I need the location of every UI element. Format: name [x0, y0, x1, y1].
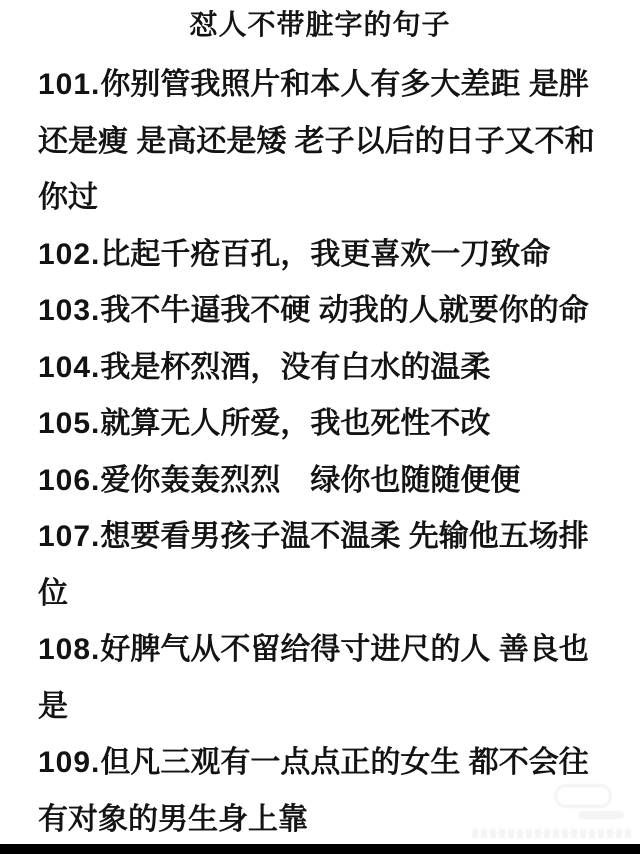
sentence-number: 106.: [38, 464, 100, 497]
sentence-text: 我不牛逼我不硬 动我的人就要你的命: [100, 294, 588, 327]
sentence-text: 但凡三观有一点点正的女生 都不会往有对象的男生身上靠: [38, 746, 589, 836]
sentence-text: 好脾气从不留给得寸进尺的人 善良也是: [38, 633, 589, 723]
sentence-list: 101.你别管我照片和本人有多大差距 是胖还是瘦 是高还是矮 老子以后的日子又不…: [38, 57, 603, 848]
sentence-number: 109.: [38, 746, 100, 779]
sentence-item: 106.爱你轰轰烈烈 绿你也随随便便: [38, 453, 603, 510]
sentence-item: 107.想要看男孩子温不温柔 先输他五场排位: [38, 509, 603, 622]
sentence-text: 你别管我照片和本人有多大差距 是胖还是瘦 是高还是矮 老子以后的日子又不和你过: [38, 68, 595, 214]
sentence-item: 104.我是杯烈酒，没有白水的温柔: [38, 340, 603, 397]
sentence-item: 102.比起千疮百孔，我更喜欢一刀致命: [38, 227, 603, 284]
sentence-text: 就算无人所爱，我也死性不改: [100, 407, 490, 440]
sentence-text: 爱你轰轰烈烈 绿你也随随便便: [100, 464, 520, 497]
sentence-number: 104.: [38, 351, 100, 384]
sentence-number: 101.: [38, 68, 100, 101]
sentence-text: 想要看男孩子温不温柔 先输他五场排位: [38, 520, 589, 610]
sentence-text: 我是杯烈酒，没有白水的温柔: [100, 351, 490, 384]
sentence-item: 101.你别管我照片和本人有多大差距 是胖还是瘦 是高还是矮 老子以后的日子又不…: [38, 57, 603, 227]
sentence-item: 108.好脾气从不留给得寸进尺的人 善良也是: [38, 622, 603, 735]
sentence-number: 103.: [38, 294, 100, 327]
text-image-page: 怼人不带脏字的句子 101.你别管我照片和本人有多大差距 是胖还是瘦 是高还是矮…: [0, 0, 640, 854]
sentence-number: 102.: [38, 238, 100, 271]
sentence-number: 107.: [38, 520, 100, 553]
sentence-item: 105.就算无人所爱，我也死性不改: [38, 396, 603, 453]
bottom-black-bar: [0, 844, 640, 854]
sentence-text: 比起千疮百孔，我更喜欢一刀致命: [100, 238, 550, 271]
sentence-item: 103.我不牛逼我不硬 动我的人就要你的命: [38, 283, 603, 340]
sentence-number: 105.: [38, 407, 100, 440]
sentence-item: 109.但凡三观有一点点正的女生 都不会往有对象的男生身上靠: [38, 735, 603, 848]
page-title: 怼人不带脏字的句子: [0, 0, 640, 46]
sentence-number: 108.: [38, 633, 100, 666]
